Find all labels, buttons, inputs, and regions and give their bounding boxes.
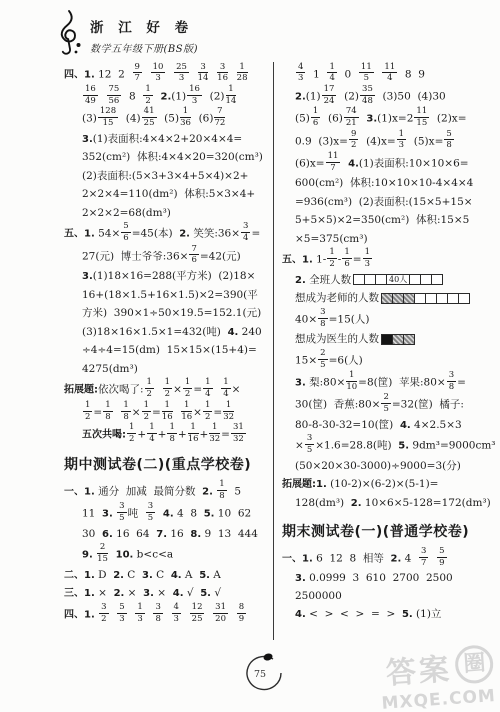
- question-number: 3.: [82, 134, 93, 145]
- fraction: 18: [121, 401, 130, 422]
- question-number: 拓展题:1.: [282, 479, 327, 490]
- question-number: 拓展题:: [64, 385, 98, 396]
- fraction: 115: [359, 63, 374, 84]
- teacher-bar-diagram: [382, 293, 470, 304]
- fraction: 58: [444, 130, 453, 151]
- answer-line: 15×25=6(人): [282, 350, 498, 371]
- answer-line: (3)12815 (4)4125 (5)136 (6)772: [64, 108, 271, 129]
- book-titles: 浙 江 好 卷 数学五年级下册(BS版): [90, 8, 198, 55]
- answer-line: 30 6. 16 64 7. 16 8. 9 13 444: [64, 526, 271, 543]
- answer-line: 352(cm²) 体积:4×4×20=320(cm³): [64, 149, 271, 166]
- answer-line: 2×2×2=68(dm³): [64, 205, 271, 222]
- question-number: 3.: [82, 271, 93, 282]
- fraction: 3120: [213, 603, 228, 624]
- answer-line: 3. 梨:80×110=8(筐) 苹果:80×38=: [282, 372, 498, 393]
- fraction: 13: [397, 130, 406, 151]
- fraction: 38: [447, 371, 456, 392]
- fraction: 38: [153, 603, 162, 624]
- answer-line: 40×38=15(人): [282, 309, 498, 330]
- question-number: 3.: [102, 509, 113, 520]
- question-number: 三、1.: [64, 588, 95, 599]
- question-number: 3.: [143, 588, 154, 599]
- fraction: 4125: [142, 107, 157, 128]
- answer-line: 三、1. × 2. × 3. × 4. √ 5. √: [64, 585, 271, 602]
- fraction: 25: [318, 349, 327, 370]
- fraction: 3548: [360, 85, 375, 106]
- question-number: 四、1.: [64, 69, 95, 80]
- fraction: 14: [147, 423, 156, 444]
- answer-line: ×35×1.6=28.8(吨) 5. 9dm³=9000cm³: [282, 435, 498, 456]
- book-title: 浙 江 好 卷: [90, 16, 198, 36]
- question-number: 3.: [295, 573, 306, 584]
- watermark-circle-char: 圈: [454, 644, 495, 685]
- fraction: 132: [209, 423, 220, 444]
- question-number: 2.: [391, 553, 402, 564]
- fraction: 35: [146, 502, 155, 523]
- fraction: 7556: [107, 85, 122, 106]
- question-number: 5.: [402, 609, 413, 620]
- answer-line: 拓展题:1. (10-2)×(6-2)×(5-1)=: [282, 476, 498, 493]
- book-subtitle: 数学五年级下册(BS版): [90, 40, 198, 55]
- answer-line: ×5=375(cm³): [282, 231, 498, 248]
- answer-line: 12=18 18×12=116 116×12=132: [64, 402, 271, 423]
- question-number: 2.: [295, 91, 306, 102]
- fraction: 116: [162, 401, 173, 422]
- question-number: 4.: [171, 570, 182, 581]
- answer-line: 3.(1)表面积:4×4×2+20×4×4=: [64, 131, 271, 148]
- fraction: 1724: [322, 85, 337, 106]
- question-number: 五、1.: [282, 255, 313, 266]
- answer-line: 11 3. 35吨 35 4. 4 8 5. 10 62: [64, 503, 271, 524]
- section-heading: 期中测试卷(二)(重点学校卷): [64, 454, 271, 474]
- answer-line: 2×2×4=110(dm²) 体积:5×3×4+: [64, 186, 271, 203]
- question-number: 4.: [400, 420, 411, 431]
- left-column: 四、1. 12 2 97 103 253 314 316 1281649 755…: [64, 62, 271, 712]
- question-number: 4.: [173, 588, 184, 599]
- treble-clef-icon: [56, 8, 82, 56]
- answer-line: 600(cm²) 体积:10×10×10-4×4×4: [282, 175, 498, 192]
- fraction: 12: [183, 378, 192, 399]
- doctor-bar-diagram: [382, 334, 415, 345]
- question-number: 2.: [114, 588, 125, 599]
- question-number: 四、1.: [64, 609, 95, 620]
- fraction: 13: [135, 603, 144, 624]
- right-column: 43 1 14 0 115 114 8 92.(1)1724 (2)3548 (…: [282, 62, 498, 712]
- fraction: 12815: [98, 107, 118, 128]
- question-number: 8.: [190, 529, 201, 540]
- fraction: 253: [174, 63, 189, 84]
- question-number: 5.: [199, 570, 210, 581]
- fraction: 14: [327, 63, 336, 84]
- fraction: 38: [318, 308, 327, 329]
- answer-line: 想成为老师的人数: [282, 290, 498, 307]
- answer-line: =936(cm³) (2)表面积:(15×5+15×: [282, 194, 498, 211]
- question-number: 5.: [398, 441, 409, 452]
- fraction: 12: [127, 423, 136, 444]
- bar-cell: [403, 334, 415, 345]
- answer-line: 5+5×5)×2=350(cm²) 体积:15×5: [282, 212, 498, 229]
- fraction: 56: [121, 222, 130, 243]
- fraction: 59: [437, 547, 446, 568]
- fraction: 772: [214, 107, 225, 128]
- answer-line: 4275(dm³): [64, 361, 271, 378]
- column-divider: [273, 62, 274, 640]
- question-number: 2.: [113, 570, 124, 581]
- fraction: 12: [83, 401, 92, 422]
- question-number: 6.: [102, 529, 113, 540]
- page-number-badge: 75: [237, 650, 291, 702]
- fraction: 12: [163, 378, 172, 399]
- bar-cell: [431, 274, 443, 285]
- answer-line: 3. 0.0999 3 610 2700 2500 2500000: [282, 570, 498, 604]
- answer-line: 27(元) 博士爷爷:36×76=42(元): [64, 246, 271, 267]
- fraction: 18: [217, 480, 226, 501]
- fraction: 1225: [190, 603, 205, 624]
- fraction: 14: [203, 378, 212, 399]
- answer-line: 80-8-30-32=10(筐) 4. 4×2.5×3: [282, 417, 498, 434]
- question-number: 9.: [82, 550, 93, 561]
- section-heading: 期末测试卷(一)(普通学校卷): [282, 521, 498, 541]
- answer-columns: 四、1. 12 2 97 103 253 314 316 1281649 755…: [0, 62, 500, 712]
- answer-line: 3.(1)18×16=288(平方米) (2)18×: [64, 268, 271, 285]
- question-number: 5.: [200, 588, 211, 599]
- fraction: 92: [349, 130, 358, 151]
- question-number: 一、1.: [282, 553, 313, 564]
- fraction: 110: [346, 371, 357, 392]
- answer-line: 五、1. 54×56=45(本) 2. 笑笑:36×34=: [64, 223, 271, 244]
- answer-line: 128(dm³) 2. 10×6×5-128=172(dm³): [282, 495, 498, 512]
- question-number: 10.: [116, 550, 134, 561]
- question-number: 二、1.: [64, 570, 95, 581]
- question-number: 2.: [202, 486, 213, 497]
- question-number: 3.: [142, 570, 153, 581]
- fraction: 132: [223, 401, 234, 422]
- answer-line: (3)18×16×1.5×1=432(吨) 4. 240: [64, 324, 271, 341]
- fraction: 7421: [344, 107, 359, 128]
- answer-line: ÷4÷4=15(dm) 15×15×(15+4)=: [64, 342, 271, 359]
- watermark-logo: 答案圈: [377, 641, 494, 693]
- fraction: 12: [327, 248, 336, 269]
- fraction: 1115: [414, 107, 429, 128]
- answer-line: 43 1 14 0 115 114 8 9: [282, 64, 498, 85]
- question-number: 2.: [179, 229, 190, 240]
- watermark: 答案圈 MXQE.COM: [377, 641, 496, 712]
- question-number: 3.: [366, 114, 377, 125]
- fraction: 215: [97, 543, 108, 564]
- answer-line: (50×20×30-3000)÷9000=3(分): [282, 458, 498, 475]
- fraction: 34: [241, 222, 250, 243]
- fraction: 12: [143, 85, 152, 106]
- answer-line: 4. < > < > = > 5. (1)立: [282, 606, 498, 623]
- question-number: 4.: [163, 509, 174, 520]
- question-number: 3.: [295, 377, 306, 388]
- fraction: 103: [151, 63, 166, 84]
- fraction: 25: [381, 393, 390, 414]
- answer-line: 四、1. 32 53 13 38 43 1225 3120 89: [64, 604, 271, 625]
- fraction: 116: [188, 423, 199, 444]
- bar-cell: 40人: [386, 274, 410, 285]
- answer-line: 1649 7556 8 12 2.(1)163 (2)114: [64, 86, 271, 107]
- answer-line: 拓展题:依次喝了:12 12×12=14 14×: [64, 379, 271, 400]
- question-number: 五次共喝:: [82, 429, 126, 440]
- fraction: 76: [189, 245, 198, 266]
- question-number: 2.: [160, 91, 171, 102]
- question-number: 4.: [295, 609, 306, 620]
- question-number: 2.: [351, 498, 362, 509]
- fraction: 43: [172, 603, 181, 624]
- fraction: 163: [187, 85, 202, 106]
- fraction: 316: [217, 63, 228, 84]
- fraction: 18: [103, 401, 112, 422]
- answer-book-page: 浙 江 好 卷 数学五年级下册(BS版) 四、1. 12 2 97 103 25…: [0, 0, 500, 712]
- fraction: 13: [363, 248, 372, 269]
- fraction: 14: [221, 378, 230, 399]
- fraction: 12: [145, 378, 154, 399]
- answer-line: (2)表面积:(5×3+3×4+5×4)×2+: [64, 168, 271, 185]
- fraction: 128: [237, 63, 248, 84]
- answer-line: 一、1. 通分 加减 最简分数 2. 18 5: [64, 481, 271, 502]
- question-number: 7.: [156, 529, 167, 540]
- answer-line: 方米) 390×1÷50×19.5=152.1(元): [64, 305, 271, 322]
- fraction: 43: [296, 63, 305, 84]
- answer-line: 30(筐) 香蕉:80×25=32(筐) 橘子:: [282, 394, 498, 415]
- answer-line: 四、1. 12 2 97 103 253 314 316 128: [64, 64, 271, 85]
- fraction: 97: [133, 63, 142, 84]
- fraction: 35: [305, 434, 314, 455]
- fraction: 12: [203, 401, 212, 422]
- answer-line: 一、1. 6 12 8 相等 2. 4 37 59: [282, 548, 498, 569]
- fraction: 16: [311, 107, 320, 128]
- answer-line: 16+(18×1.5+16×1.5)×2=390(平: [64, 287, 271, 304]
- answer-line: 2.(1)1724 (2)3548 (3)50 (4)30: [282, 86, 498, 107]
- fraction: 37: [419, 547, 428, 568]
- question-number: 4.: [228, 327, 239, 338]
- answer-line: 二、1. D 2. C 3. C 4. A 5. A: [64, 567, 271, 584]
- book-header: 浙 江 好 卷 数学五年级下册(BS版): [56, 8, 198, 56]
- fraction: 53: [117, 603, 126, 624]
- answer-line: 2. 全班人数40人: [282, 272, 498, 289]
- fraction: 114: [382, 63, 397, 84]
- bar-cell: [458, 293, 470, 304]
- answer-line: 想成为医生的人数: [282, 331, 498, 348]
- question-number: 4.: [348, 158, 359, 169]
- fraction: 89: [237, 603, 246, 624]
- watermark-text: 答案: [384, 644, 453, 692]
- fraction: 18: [167, 423, 176, 444]
- fraction: 114: [226, 85, 237, 106]
- class-bar-diagram: 40人: [354, 274, 443, 285]
- question-number: 5.: [204, 509, 215, 520]
- answer-line: 五、1. 1-12-16=13: [282, 249, 498, 270]
- fraction: 35: [117, 502, 126, 523]
- page-number: 75: [254, 669, 266, 680]
- answer-line: (6)x=117 4.(1)表面积:10×10×6=: [282, 153, 498, 174]
- fraction: 136: [180, 107, 191, 128]
- answer-line: 五次共喝:12+14+18+116+132=3132: [64, 424, 271, 445]
- question-number: 2.: [295, 275, 306, 286]
- question-number: 五、1.: [64, 229, 95, 240]
- fraction: 16: [342, 248, 351, 269]
- question-number: 一、1.: [64, 486, 95, 497]
- fraction: 116: [181, 401, 192, 422]
- fraction: 117: [326, 152, 341, 173]
- fraction: 12: [142, 401, 151, 422]
- fraction: 314: [198, 63, 209, 84]
- fraction: 32: [99, 603, 108, 624]
- fraction: 1649: [83, 85, 98, 106]
- answer-line: (5)16 (6)7421 3.(1)x=21115 (2)x=: [282, 108, 498, 129]
- answer-line: 9. 215 10. b<c<a: [64, 544, 271, 565]
- fraction: 3132: [231, 423, 246, 444]
- answer-line: 0.9 (3)x=92 (4)x=13 (5)x=58: [282, 131, 498, 152]
